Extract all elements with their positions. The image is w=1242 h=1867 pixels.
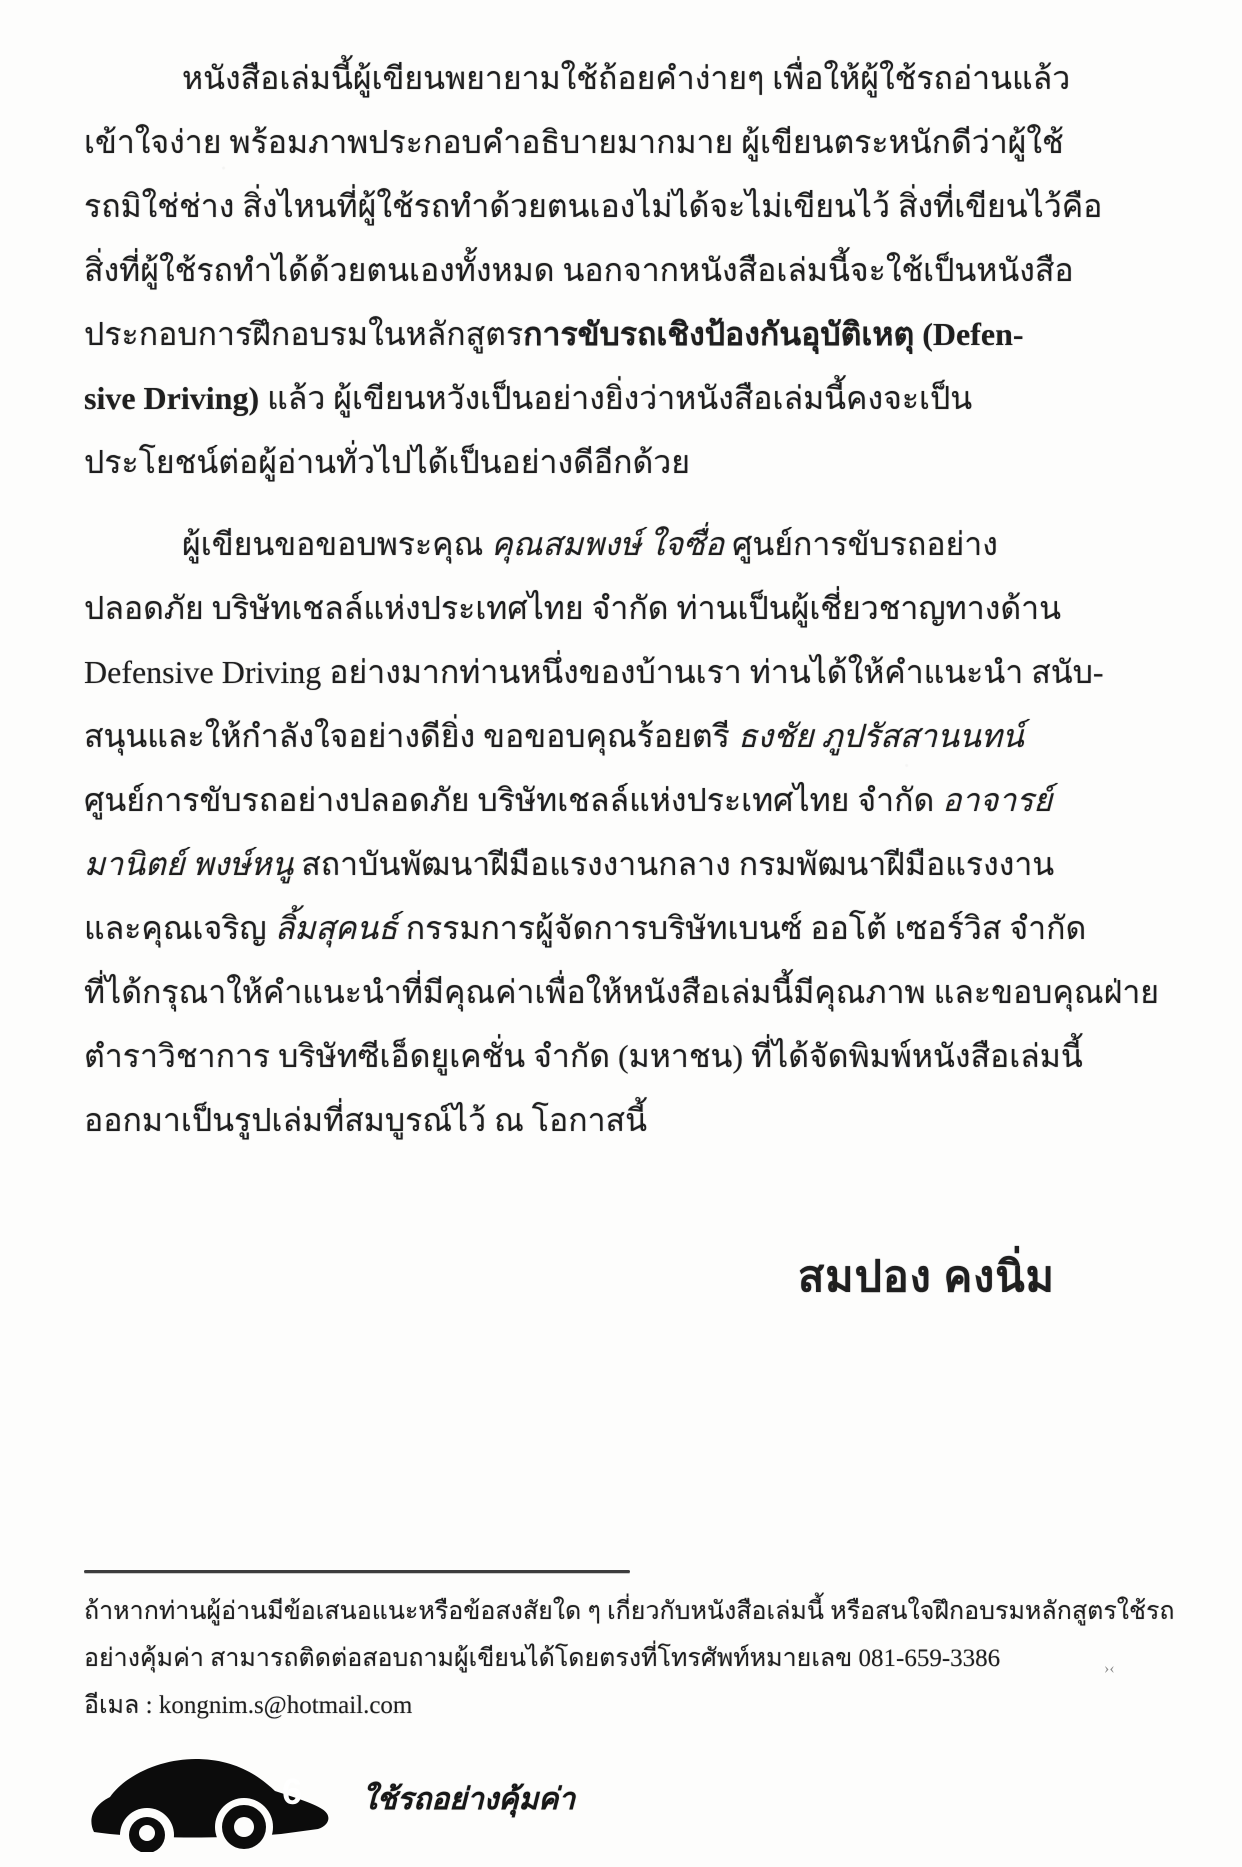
text-segment: สนุนและให้กำลังใจอย่างดียิ่ง ขอขอบคุณร้อ…: [84, 718, 738, 754]
text-line: มานิตย์ พงษ์หนู สถาบันพัฒนาฝีมือแรงงานกล…: [84, 832, 1160, 896]
text-segment: ศูนย์การขับรถอย่างปลอดภัย บริษัทเชลล์แห่…: [84, 782, 942, 818]
text-line: sive Driving) แล้ว ผู้เขียนหวังเป็นอย่าง…: [84, 366, 1160, 430]
scan-noise-mark: ›‹: [1104, 1660, 1115, 1678]
text-segment: สิ่งที่ผู้ใช้รถทำได้ด้วยตนเองทั้งหมด นอก…: [84, 252, 1074, 288]
text-line: ประกอบการฝึกอบรมในหลักสูตรการขับรถเชิงป้…: [84, 302, 1160, 366]
text-line: ศูนย์การขับรถอย่างปลอดภัย บริษัทเชลล์แห่…: [84, 768, 1160, 832]
text-segment: สถาบันพัฒนาฝีมือแรงงานกลาง กรมพัฒนาฝีมือ…: [293, 846, 1054, 882]
text-line: ที่ได้กรุณาให้คำแนะนำที่มีคุณค่าเพื่อให้…: [84, 960, 1160, 1024]
email-label: อีเมล :: [84, 1692, 159, 1719]
text-line: สิ่งที่ผู้ใช้รถทำได้ด้วยตนเองทั้งหมด นอก…: [84, 238, 1160, 302]
text-segment: ออกมาเป็นรูปเล่มที่สมบูรณ์ไว้ ณ โอกาสนี้: [84, 1102, 647, 1138]
text-line: รถมิใช่ช่าง สิ่งไหนที่ผู้ใช้รถทำด้วยตนเอ…: [84, 174, 1160, 238]
text-segment: ตำราวิชาการ บริษัทซีเอ็ดยูเคชั่น จำกัด (…: [84, 1038, 1083, 1074]
text-line: Defensive Driving อย่างมากท่านหนึ่งของบ้…: [84, 640, 1160, 704]
page-number: 6: [282, 1774, 302, 1810]
text-segment: sive Driving): [84, 380, 259, 416]
text-segment: รถมิใช่ช่าง สิ่งไหนที่ผู้ใช้รถทำด้วยตนเอ…: [84, 188, 1102, 224]
car-icon: 6: [86, 1746, 338, 1852]
text-segment: การขับรถเชิงป้องกันอุบัติเหตุ (Defen-: [523, 316, 1023, 352]
author-signature: สมปอง คงนิ่ม: [798, 1242, 1055, 1310]
text-segment: และคุณเจริญ: [84, 910, 275, 946]
text-segment: อาจารย์: [942, 782, 1052, 818]
text-line: สนุนและให้กำลังใจอย่างดียิ่ง ขอขอบคุณร้อ…: [84, 704, 1160, 768]
text-segment: กรรมการผู้จัดการบริษัทเบนซ์ ออโต้ เซอร์ว…: [398, 910, 1087, 946]
text-line: ผู้เขียนขอขอบพระคุณ คุณสมพงษ์ ใจซื่อ ศูน…: [84, 512, 1160, 576]
text-segment: มานิตย์ พงษ์หนู: [84, 846, 293, 882]
text-segment: ธงชัย ภูปรัสสานนทน์: [738, 718, 1024, 754]
text-segment: ที่ได้กรุณาให้คำแนะนำที่มีคุณค่าเพื่อให้…: [84, 974, 1159, 1010]
text-segment: ปลอดภัย บริษัทเชลล์แห่งประเทศไทย จำกัด ท…: [84, 590, 1061, 626]
page-footer: 6 ใช้รถอย่างคุ้มค่า: [0, 1742, 1242, 1862]
text-segment: หนังสือเล่มนี้ผู้เขียนพยายามใช้ถ้อยคำง่า…: [182, 60, 1070, 96]
text-segment: ประกอบการฝึกอบรมในหลักสูตร: [84, 316, 523, 352]
scanned-book-page: หนังสือเล่มนี้ผู้เขียนพยายามใช้ถ้อยคำง่า…: [0, 0, 1242, 1867]
footnote-divider: [84, 1570, 630, 1573]
body-text: หนังสือเล่มนี้ผู้เขียนพยายามใช้ถ้อยคำง่า…: [84, 46, 1160, 1170]
text-line: หนังสือเล่มนี้ผู้เขียนพยายามใช้ถ้อยคำง่า…: [84, 46, 1160, 110]
book-title: ใช้รถอย่างคุ้มค่า: [362, 1776, 575, 1823]
paragraph-1: หนังสือเล่มนี้ผู้เขียนพยายามใช้ถ้อยคำง่า…: [84, 46, 1160, 494]
text-segment: ลิ้มสุคนธ์: [275, 910, 398, 946]
text-segment: ผู้เขียนขอขอบพระคุณ: [182, 526, 491, 562]
email-address: kongnim.s@hotmail.com: [159, 1692, 413, 1719]
text-line: ปลอดภัย บริษัทเชลล์แห่งประเทศไทย จำกัด ท…: [84, 576, 1160, 640]
text-segment: ศูนย์การขับรถอย่าง: [724, 526, 998, 562]
text-segment: Defensive Driving อย่างมากท่านหนึ่งของบ้…: [84, 654, 1104, 690]
text-line: ออกมาเป็นรูปเล่มที่สมบูรณ์ไว้ ณ โอกาสนี้: [84, 1088, 1160, 1152]
text-segment: แล้ว ผู้เขียนหวังเป็นอย่างยิ่งว่าหนังสือ…: [259, 380, 972, 416]
text-segment: คุณสมพงษ์ ใจซื่อ: [491, 526, 724, 562]
text-segment: เข้าใจง่าย พร้อมภาพประกอบคำอธิบายมากมาย …: [84, 124, 1064, 160]
text-line: และคุณเจริญ ลิ้มสุคนธ์ กรรมการผู้จัดการบ…: [84, 896, 1160, 960]
text-line: ตำราวิชาการ บริษัทซีเอ็ดยูเคชั่น จำกัด (…: [84, 1024, 1160, 1088]
text-line: ประโยชน์ต่อผู้อ่านทั่วไปได้เป็นอย่างดีอี…: [84, 430, 1160, 494]
text-line: เข้าใจง่าย พร้อมภาพประกอบคำอธิบายมากมาย …: [84, 110, 1160, 174]
text-segment: ประโยชน์ต่อผู้อ่านทั่วไปได้เป็นอย่างดีอี…: [84, 444, 690, 480]
footnote-line-2: อย่างคุ้มค่า สามารถติดต่อสอบถามผู้เขียนไ…: [84, 1635, 1164, 1682]
footnote: ถ้าหากท่านผู้อ่านมีข้อเสนอแนะหรือข้อสงสั…: [84, 1588, 1164, 1729]
footnote-line-email: อีเมล : kongnim.s@hotmail.com: [84, 1682, 1164, 1729]
footnote-line-1: ถ้าหากท่านผู้อ่านมีข้อเสนอแนะหรือข้อสงสั…: [84, 1588, 1164, 1635]
paragraph-2: ผู้เขียนขอขอบพระคุณ คุณสมพงษ์ ใจซื่อ ศูน…: [84, 512, 1160, 1152]
